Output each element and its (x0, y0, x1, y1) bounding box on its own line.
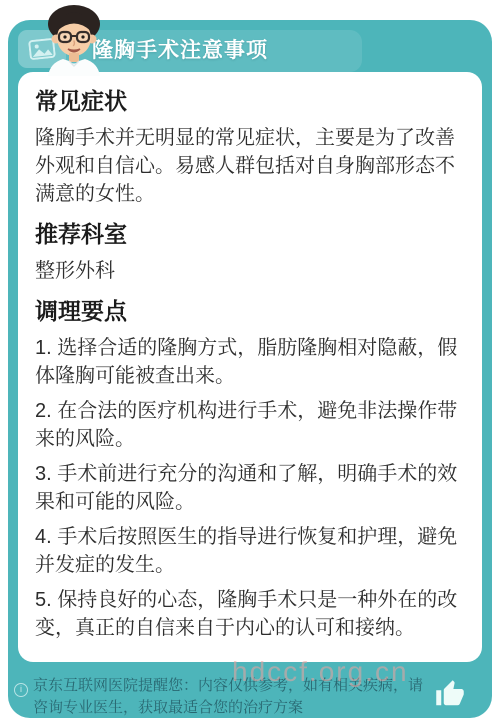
section-heading-symptoms: 常见症状 (35, 86, 465, 116)
care-point-item: 5. 保持良好的心态，隆胸手术只是一种外在的改变，真正的自信来自于内心的认可和接… (35, 586, 465, 642)
content-panel: 常见症状 隆胸手术并无明显的常见症状，主要是为了改善外观和自信心。易感人群包括对… (18, 72, 482, 662)
section-body-department: 整形外科 (35, 257, 465, 285)
page-title: 隆胸手术注意事项 (92, 34, 268, 64)
care-point-item: 4. 手术后按照医生的指导进行恢复和护理，避免并发症的发生。 (35, 523, 465, 579)
section-heading-care-points: 调理要点 (35, 296, 465, 326)
care-point-item: 2. 在合法的医疗机构进行手术，避免非法操作带来的风险。 (35, 397, 465, 453)
info-icon: i (14, 683, 28, 697)
care-point-item: 1. 选择合适的隆胸方式，脂肪隆胸相对隐蔽，假体隆胸可能被查出来。 (35, 334, 465, 390)
thumbs-up-icon[interactable] (435, 679, 465, 714)
card-header: 隆胸手术注意事项 (8, 20, 492, 72)
card-footer: i 京东互联网医院提醒您：内容仅供参考，如有相关疾病，请咨询专业医生，获取最适合… (8, 666, 492, 718)
doctor-avatar (32, 2, 116, 76)
main-card: 隆胸手术注意事项 常见症状 隆胸手术并无明显的常见症状，主要是为了改善外观和自信… (8, 20, 492, 718)
care-point-item: 3. 手术前进行充分的沟通和了解，明确手术的效果和可能的风险。 (35, 460, 465, 516)
section-heading-department: 推荐科室 (35, 219, 465, 249)
section-body-symptoms: 隆胸手术并无明显的常见症状，主要是为了改善外观和自信心。易感人群包括对自身胸部形… (35, 124, 465, 208)
disclaimer-text: 京东互联网医院提醒您：内容仅供参考，如有相关疾病，请咨询专业医生，获取最适合您的… (33, 675, 431, 719)
